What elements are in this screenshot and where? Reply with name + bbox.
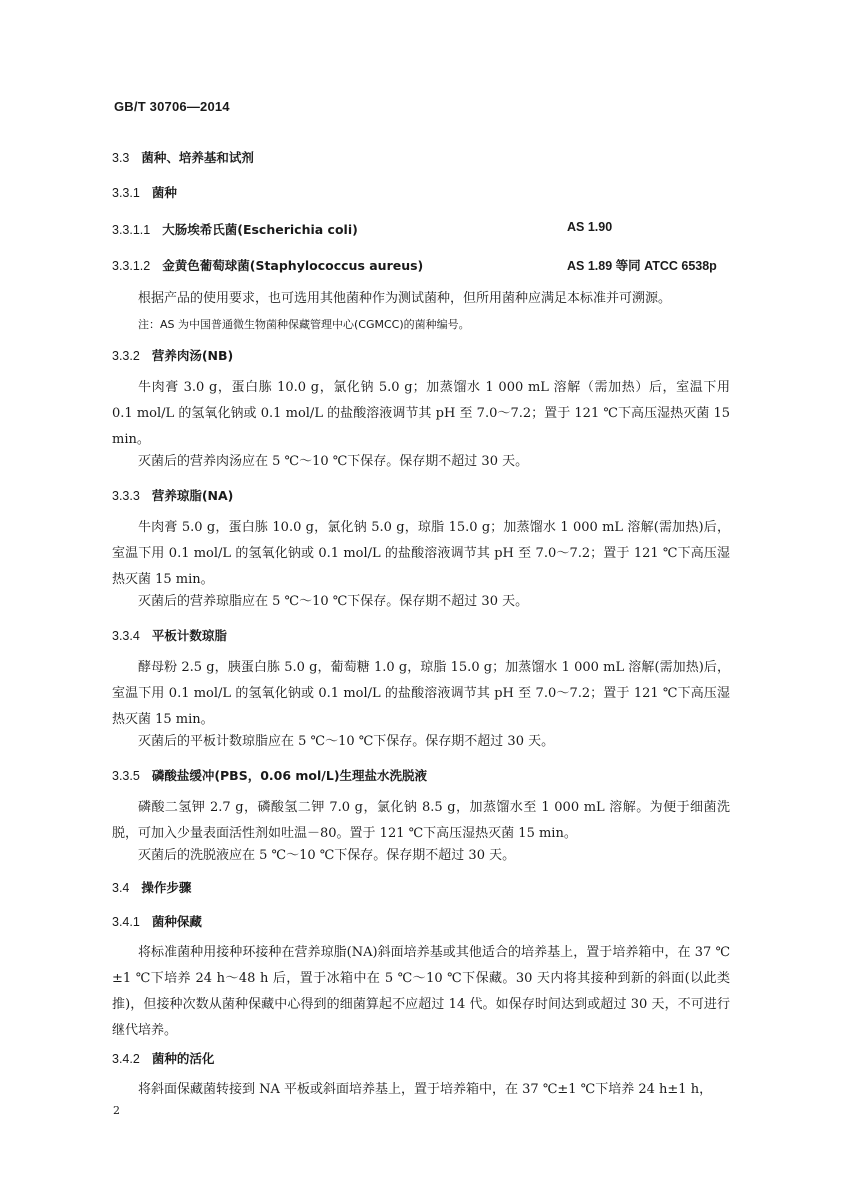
strain-note: 注：AS 为中国普通微生物菌种保藏管理中心(CGMCC)的菌种编号。 — [138, 316, 470, 332]
section-number: 3.3 — [112, 151, 129, 165]
section-heading-3-3-1-2: 3.3.1.2金黄色葡萄球菌(Staphylococcus aureus) AS… — [112, 256, 752, 274]
section-number: 3.3.2 — [112, 349, 140, 363]
pca-storage-paragraph: 灭菌后的平板计数琼脂应在 5 ℃～10 ℃下保存。保存期不超过 30 天。 — [112, 729, 730, 755]
section-title: 菌种 — [152, 185, 177, 200]
strain-code: AS 1.89 等同 ATCC 6538p — [567, 256, 717, 274]
section-heading-3-4-1: 3.4.1菌种保藏 — [112, 912, 202, 930]
section-heading-3-3: 3.3菌种、培养基和试剂 — [112, 148, 254, 166]
nb-recipe-paragraph: 牛肉膏 3.0 g，蛋白胨 10.0 g，氯化钠 5.0 g；加蒸馏水 1 00… — [112, 375, 730, 453]
strain-preservation-paragraph: 将标准菌种用接种环接种在营养琼脂(NA)斜面培养基或其他适合的培养基上，置于培养… — [112, 940, 730, 1044]
section-number: 3.3.1 — [112, 186, 140, 200]
section-heading-3-3-1-1: 3.3.1.1大肠埃希氏菌(Escherichia coli) AS 1.90 — [112, 220, 752, 238]
section-heading-3-3-3: 3.3.3营养琼脂(NA) — [112, 486, 233, 504]
section-number: 3.3.4 — [112, 629, 140, 643]
section-heading-3-4-2: 3.4.2菌种的活化 — [112, 1049, 214, 1067]
section-heading-3-3-5: 3.3.5磷酸盐缓冲(PBS，0.06 mol/L)生理盐水洗脱液 — [112, 766, 427, 784]
section-heading-3-3-2: 3.3.2营养肉汤(NB) — [112, 346, 233, 364]
strain-activation-paragraph: 将斜面保藏菌转接到 NA 平板或斜面培养基上，置于培养箱中，在 37 ℃±1 ℃… — [112, 1077, 730, 1103]
section-title: 菌种、培养基和试剂 — [141, 150, 254, 165]
section-heading-3-3-1: 3.3.1菌种 — [112, 183, 177, 201]
section-title: 菌种的活化 — [152, 1051, 215, 1066]
section-heading-3-3-4: 3.3.4平板计数琼脂 — [112, 626, 227, 644]
section-number: 3.3.1.2 — [112, 259, 150, 273]
section-title: 大肠埃希氏菌(Escherichia coli) — [162, 222, 358, 237]
strain-code: AS 1.90 — [567, 220, 612, 234]
pbs-recipe-paragraph: 磷酸二氢钾 2.7 g，磷酸氢二钾 7.0 g，氯化钠 8.5 g，加蒸馏水至 … — [112, 795, 730, 847]
section-title: 菌种保藏 — [152, 914, 202, 929]
section-title: 金黄色葡萄球菌(Staphylococcus aureus) — [162, 258, 423, 273]
na-recipe-paragraph: 牛肉膏 5.0 g，蛋白胨 10.0 g，氯化钠 5.0 g，琼脂 15.0 g… — [112, 515, 730, 593]
section-number: 3.4.2 — [112, 1052, 140, 1066]
section-number: 3.3.5 — [112, 769, 140, 783]
section-heading-3-4: 3.4操作步骤 — [112, 878, 191, 896]
pbs-storage-paragraph: 灭菌后的洗脱液应在 5 ℃～10 ℃下保存。保存期不超过 30 天。 — [112, 843, 730, 869]
strain-paragraph: 根据产品的使用要求，也可选用其他菌种作为测试菌种，但所用菌种应满足本标准并可溯源… — [112, 286, 730, 312]
nb-storage-paragraph: 灭菌后的营养肉汤应在 5 ℃～10 ℃下保存。保存期不超过 30 天。 — [112, 449, 730, 475]
section-number: 3.4 — [112, 881, 129, 895]
section-title: 磷酸盐缓冲(PBS，0.06 mol/L)生理盐水洗脱液 — [152, 768, 427, 783]
standard-id-header: GB/T 30706—2014 — [114, 99, 230, 114]
section-title: 操作步骤 — [141, 880, 191, 895]
page-number: 2 — [113, 1104, 120, 1117]
section-title: 营养琼脂(NA) — [152, 488, 234, 503]
section-title: 营养肉汤(NB) — [152, 348, 233, 363]
section-number: 3.3.1.1 — [112, 223, 150, 237]
section-title: 平板计数琼脂 — [152, 628, 227, 643]
pca-recipe-paragraph: 酵母粉 2.5 g，胰蛋白胨 5.0 g，葡萄糖 1.0 g，琼脂 15.0 g… — [112, 655, 730, 733]
section-number: 3.4.1 — [112, 915, 140, 929]
section-number: 3.3.3 — [112, 489, 140, 503]
na-storage-paragraph: 灭菌后的营养琼脂应在 5 ℃～10 ℃下保存。保存期不超过 30 天。 — [112, 589, 730, 615]
